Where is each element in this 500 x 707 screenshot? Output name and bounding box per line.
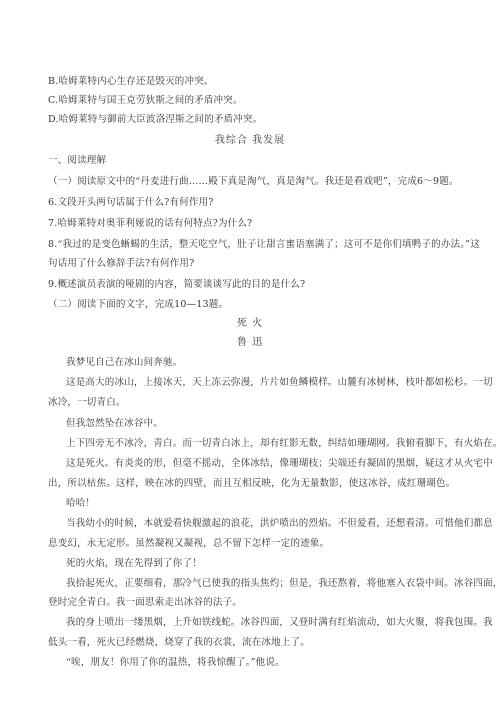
essay-paragraph: 我梦见自己在冰山间奔驰。 [66, 357, 182, 369]
document-page: B.哈姆莱特内心生存还是毁灭的冲突。 C.哈姆莱特与国王克劳狄斯之间的矛盾冲突。… [0, 0, 500, 707]
essay-paragraph: 我拾起死火，正要细看，那冷气已使我的指头焦灼；但是，我还熬着，将他塞入衣袋中间。… [66, 578, 500, 590]
question-9: 9.概述演员表演的哑剧的内容，简要谈谈写此的目的是什么? [48, 279, 305, 291]
group-one-intro: （一）阅读原文中的“丹麦进行曲……殿下真是淘气，真是淘气。我还是看戏吧”，完成6… [48, 176, 459, 188]
essay-paragraph: 这是死火。有炎炎的形，但毫不摇动，全体冰结，像珊瑚枝；尖端还有凝固的黑烟，疑这才… [66, 458, 493, 470]
question-8: 8.“我过的是变色蜥蜴的生活，整天吃空气，肚子让甜言蜜语塞满了；这可不是你们填鸭… [48, 239, 480, 251]
essay-title: 死 火 [0, 318, 500, 330]
essay-paragraph: 死的火焰，现在先得到了你了！ [66, 558, 202, 570]
section-title: 我综合 我发展 [0, 135, 500, 147]
essay-paragraph: 这是高大的冰山，上接冰天，天上冻云弥漫，片片如鱼鳞模样。山麓有冰树林，枝叶都如松… [66, 377, 493, 389]
question-7: 7.哈姆莱特对奥菲利娅说的话有何特点?为什么? [48, 218, 252, 230]
essay-paragraph-continued: 冰冷，一切青白。 [48, 397, 126, 409]
question-8-continued: 句话用了什么修辞手法?有何作用? [48, 258, 194, 270]
essay-paragraph: 但我忽然坠在冰谷中。 [66, 418, 163, 430]
essay-author: 鲁 迅 [0, 337, 500, 349]
essay-paragraph-continued: 登时完全青白。我一面思索走出冰谷的法子。 [48, 597, 242, 609]
group-two-intro: （二）阅读下面的文字，完成10—13题。 [48, 299, 228, 311]
essay-paragraph-continued: 息变幻，永无定形。虽然凝视又凝视，总不留下怎样一定的迹象。 [48, 538, 329, 550]
question-6: 6.文段开头两句话属于什么?有何作用? [48, 197, 214, 209]
essay-paragraph: 哈哈！ [66, 498, 95, 510]
essay-paragraph-continued: 出，所以枯焦。这样，映在冰的四壁，而且互相反映，化为无量数影，使这冰谷，成红珊瑚… [48, 478, 455, 490]
essay-paragraph: 当我幼小的时候，本就爱看快舰激起的浪花，洪炉喷出的烈焰。不但爱看，还想看清。可惜… [66, 518, 493, 530]
option-c: C.哈姆莱特与国王克劳狄斯之间的矛盾冲突。 [48, 95, 243, 107]
essay-paragraph: 我的身上喷出一缕黑烟，上升如铁线蛇。冰谷四面，又登时满有红焰流动，如大火聚，将我… [66, 617, 493, 629]
option-b: B.哈姆莱特内心生存还是毁灭的冲突。 [48, 76, 214, 88]
option-d: D.哈姆莱特与御前大臣波洛涅斯之间的矛盾冲突。 [48, 114, 262, 126]
essay-paragraph: 上下四旁无不冰冷，青白。而一切青白冰上，却有红影无数，纠结如珊瑚网。我俯看脚下，… [66, 438, 500, 450]
part-heading: 一、阅读理解 [48, 155, 106, 167]
essay-paragraph-continued: 低头一看，死火已经燃烧，烧穿了我的衣裳，流在冰地上了。 [48, 637, 310, 649]
essay-paragraph: “唉，朋友！你用了你的温热，将我惊醒了。”他说。 [66, 657, 285, 669]
